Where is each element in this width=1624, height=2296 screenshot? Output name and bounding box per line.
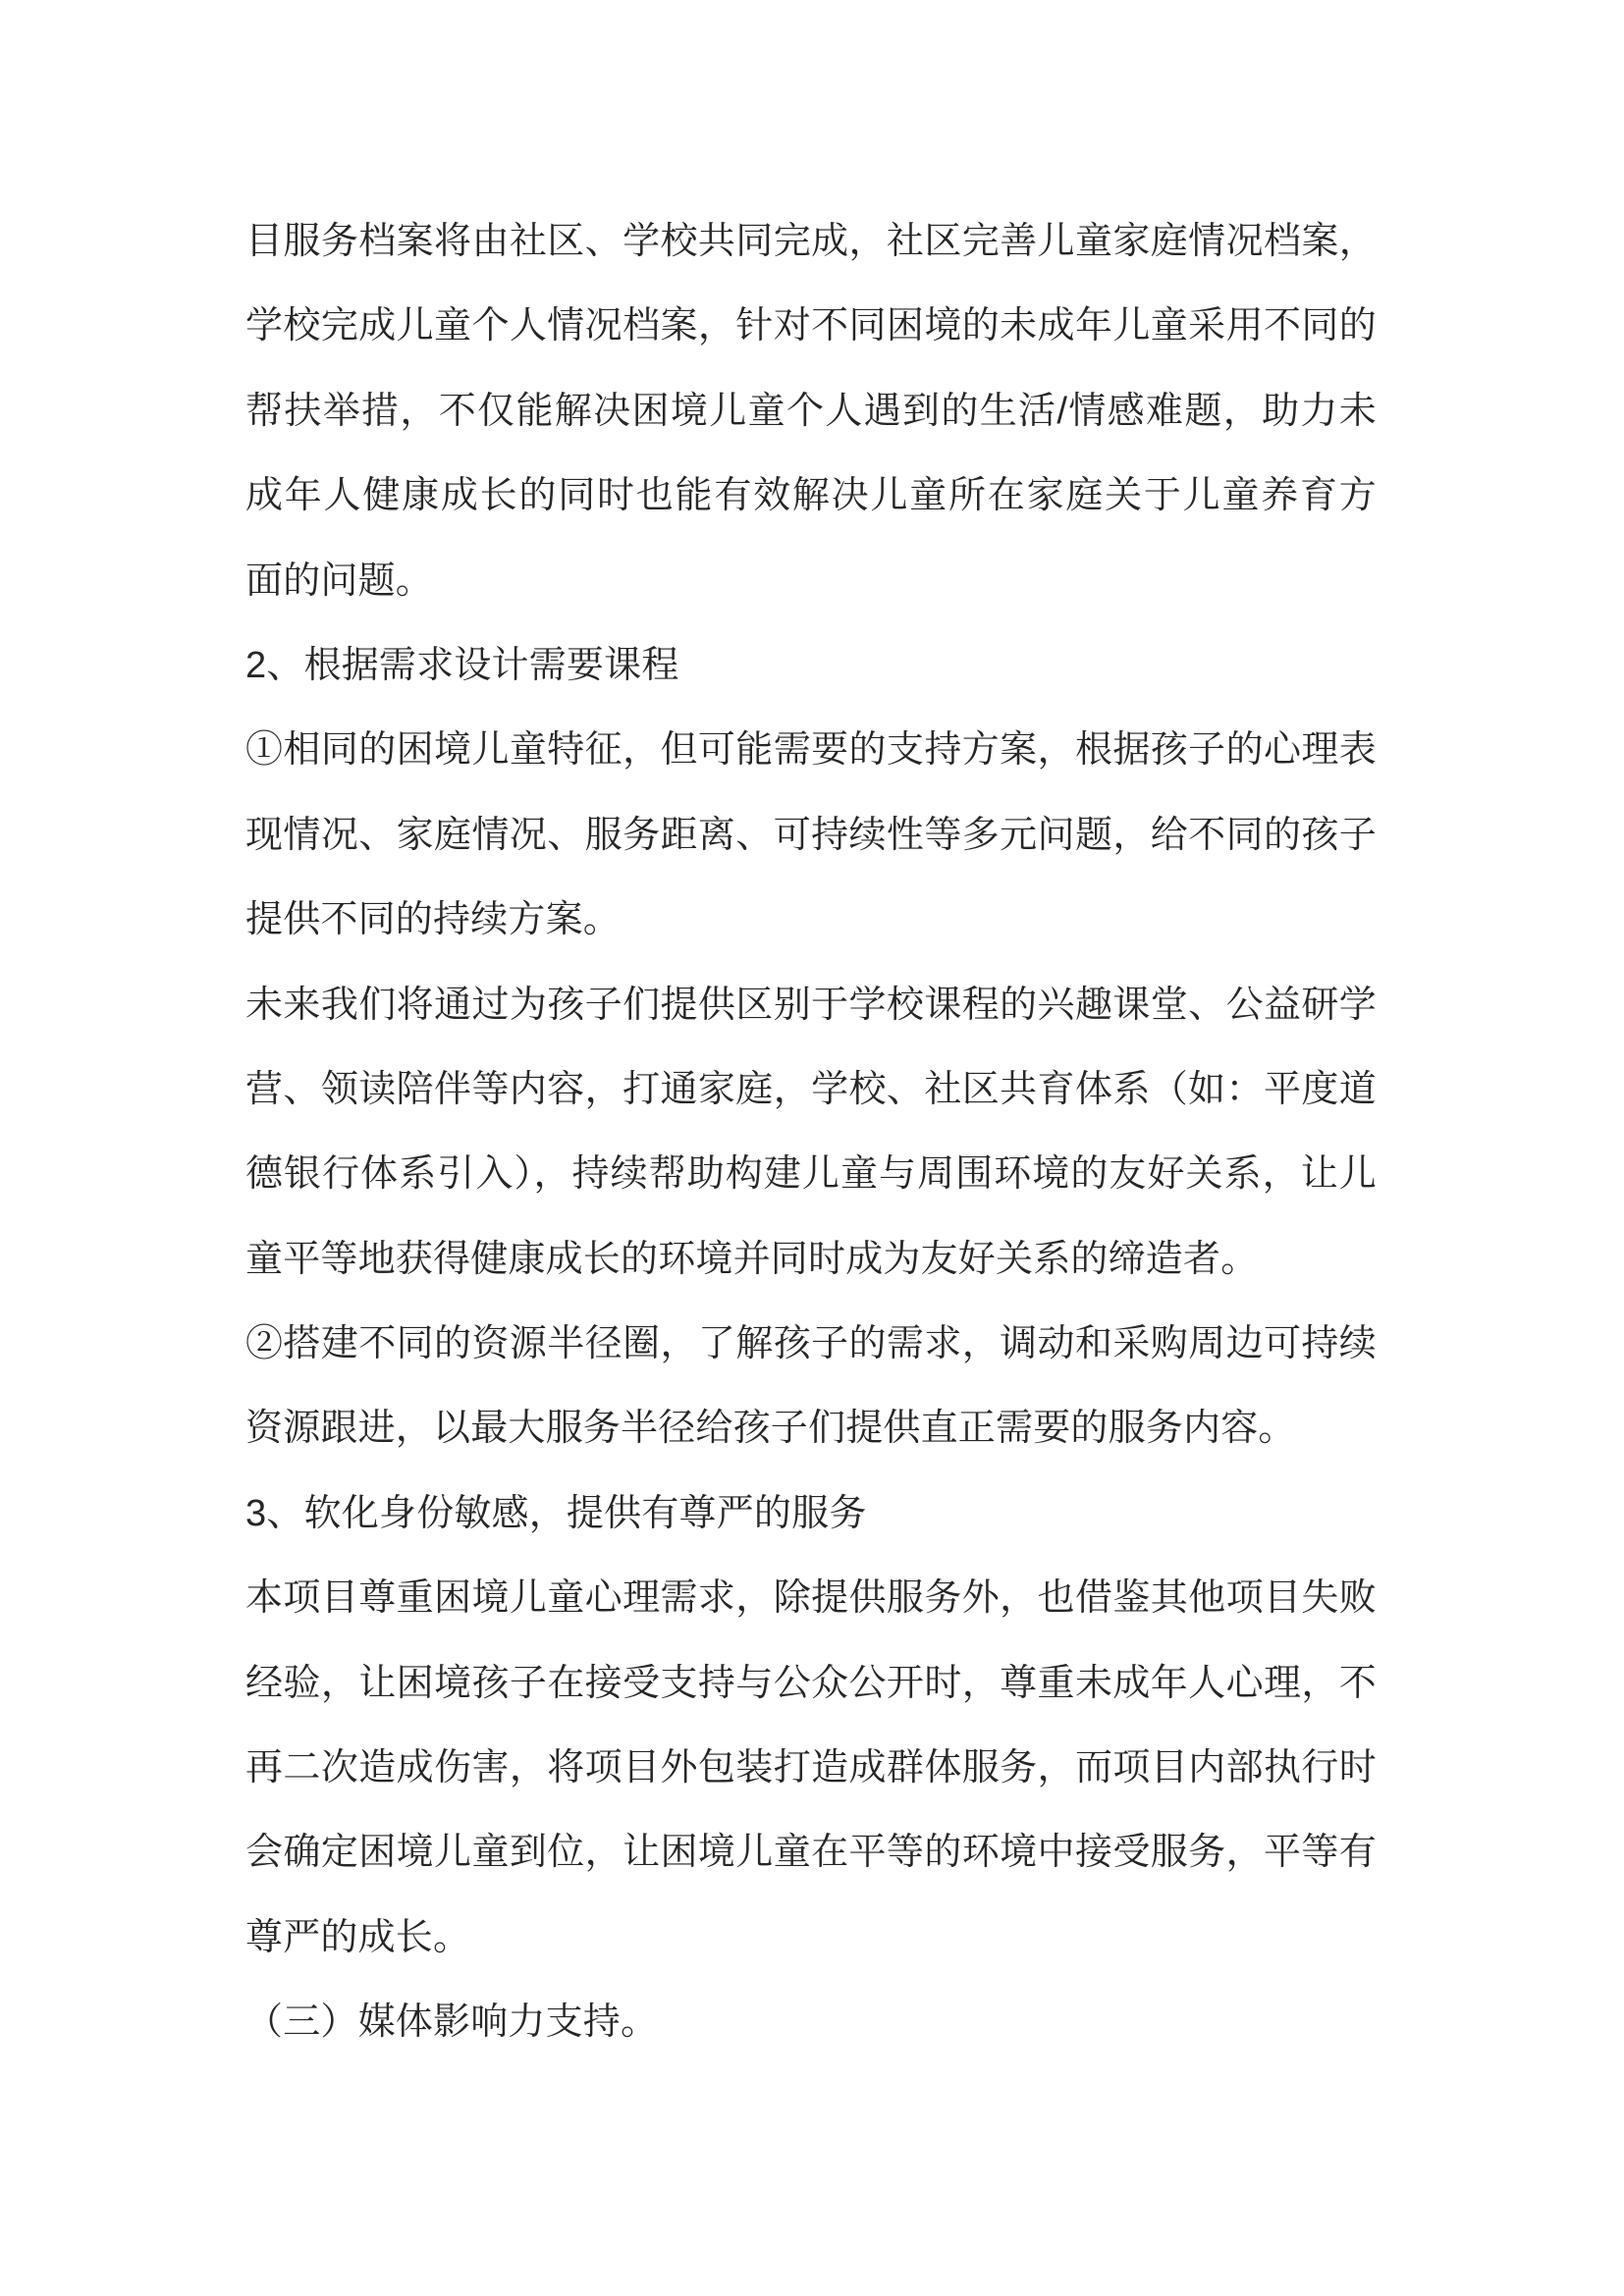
text-line: 提供不同的持续方案。 (245, 878, 1377, 962)
text-line: 帮扶举措，不仅能解决困境儿童个人遇到的生活/情感难题，助力未 (245, 369, 1377, 454)
text-line: 现情况、家庭情况、服务距离、可持续性等多元问题，给不同的孩子 (245, 793, 1377, 878)
text-line: 会确定困境儿童到位，让困境儿童在平等的环境中接受服务，平等有 (245, 1810, 1377, 1895)
text-line: 资源跟进，以最大服务半径给孩子们提供直正需要的服务内容。 (245, 1386, 1377, 1470)
text-line: 本项目尊重困境儿童心理需求，除提供服务外，也借鉴其他项目失败 (245, 1556, 1377, 1640)
text-line: 童平等地获得健康成长的环境并同时成为友好关系的缔造者。 (245, 1217, 1377, 1302)
text-line: （三）媒体影响力支持。 (245, 1980, 1377, 2064)
text-line: 目服务档案将由社区、学校共同完成，社区完善儿童家庭情况档案， (245, 199, 1377, 284)
text-line: 德银行体系引入），持续帮助构建儿童与周围环境的友好关系，让儿 (245, 1132, 1377, 1216)
text-line: 2、根据需求设计需要课程 (245, 623, 1377, 708)
text-line: 经验，让困境孩子在接受支持与公众公开时，尊重未成年人心理，不 (245, 1641, 1377, 1726)
text-line: 未来我们将通过为孩子们提供区别于学校课程的兴趣课堂、公益研学 (245, 963, 1377, 1047)
text-line: ②搭建不同的资源半径圈，了解孩子的需求，调动和采购周边可持续 (245, 1302, 1377, 1386)
text-line: 营、领读陪伴等内容，打通家庭，学校、社区共育体系（如：平度道 (245, 1047, 1377, 1132)
text-line: 尊严的成长。 (245, 1896, 1377, 1980)
text-line: 面的问题。 (245, 539, 1377, 623)
text-line: 3、软化身份敏感，提供有尊严的服务 (245, 1471, 1377, 1556)
document-page: 目服务档案将由社区、学校共同完成，社区完善儿童家庭情况档案，学校完成儿童个人情况… (0, 0, 1624, 2296)
text-line: ①相同的困境儿童特征，但可能需要的支持方案，根据孩子的心理表 (245, 708, 1377, 792)
text-line: 再二次造成伤害，将项目外包装打造成群体服务，而项目内部执行时 (245, 1726, 1377, 1810)
text-line: 学校完成儿童个人情况档案，针对不同困境的未成年儿童采用不同的 (245, 284, 1377, 368)
text-line: 成年人健康成长的同时也能有效解决儿童所在家庭关于儿童养育方 (245, 454, 1377, 538)
document-text-block: 目服务档案将由社区、学校共同完成，社区完善儿童家庭情况档案，学校完成儿童个人情况… (245, 199, 1377, 2065)
